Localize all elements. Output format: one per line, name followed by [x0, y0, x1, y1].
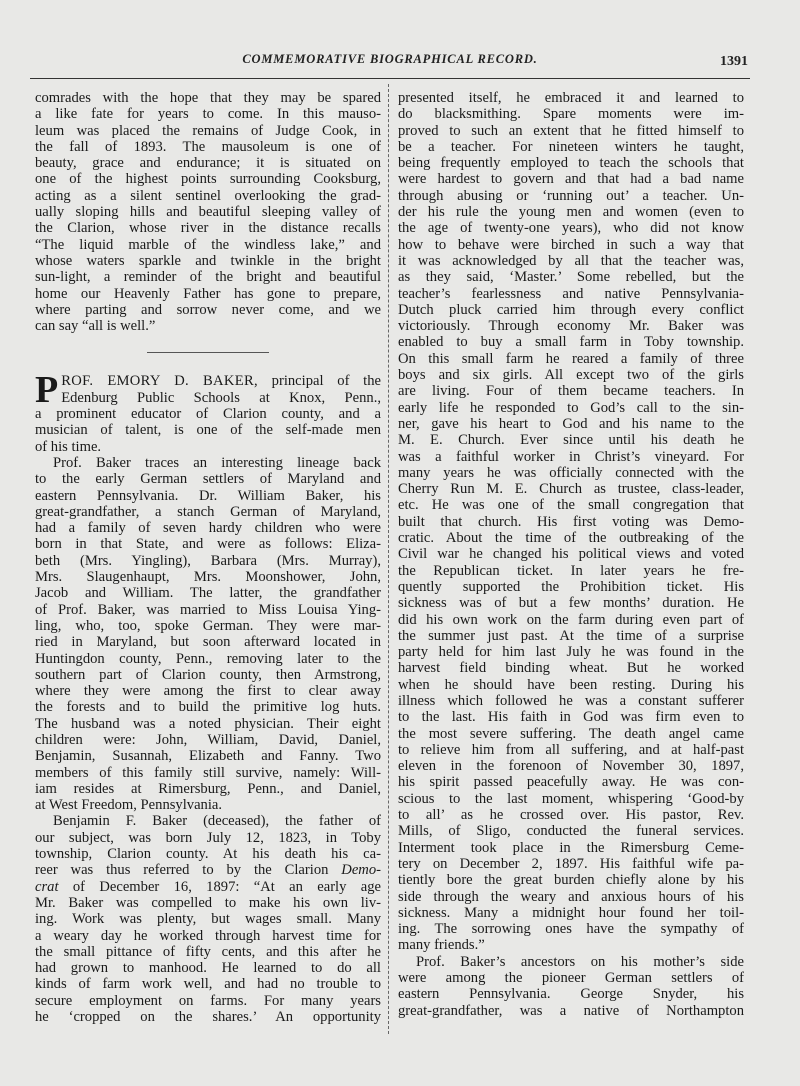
text-line: are living. Four of them became teachers… [398, 383, 744, 399]
text-line: sickness was of but a few months’ durati… [398, 595, 744, 611]
text-line: Benjamin F. Baker (deceased), the father… [35, 813, 381, 829]
text-line: a like fate for years to come. In this m… [35, 106, 381, 122]
text-line: ing. The sorrowing ones have the sympath… [398, 921, 744, 937]
text-line: iam resides at Rimersburg, Penn., and Da… [35, 781, 381, 797]
text-line: many friends.” [398, 937, 744, 953]
text-line: Civil war he changed his political views… [398, 546, 744, 562]
text-line: Jacob and William. The latter, the grand… [35, 585, 381, 601]
text-line: of his time. [35, 439, 381, 455]
text-line: his spirit passed peacefully away. He wa… [398, 774, 744, 790]
text-line: did his own work on the farm during even… [398, 612, 744, 628]
text-line: enabled to buy a small farm in Toby town… [398, 334, 744, 350]
text-line: whose waters sparkle and twinkle in the … [35, 253, 381, 269]
text-line: our subject, was born July 12, 1823, in … [35, 830, 381, 846]
text-line: early life he responded to God’s call to… [398, 400, 744, 416]
text-line: Cherry Run M. E. Church as trustee, clas… [398, 481, 744, 497]
text-line: tiently bore the great burden chiefly al… [398, 872, 744, 888]
text-line: be a teacher. For nineteen winters he ta… [398, 139, 744, 155]
text-line: township, Clarion county. At his death h… [35, 846, 381, 862]
text-line: musician of talent, is one of the self-m… [35, 422, 381, 438]
text-line: crat of December 16, 1897: “At an early … [35, 879, 381, 895]
text-line: the forests and to build the primitive l… [35, 699, 381, 715]
text-line: victoriously. Through economy Mr. Baker … [398, 318, 744, 334]
text-line: the Clarion, whose river in the distance… [35, 220, 381, 236]
text-line: reer was thus referred to by the Clarion… [35, 862, 381, 878]
text-line: where parting and sorrow never come, and… [35, 302, 381, 318]
text-line: ried in Maryland, but soon afterward loc… [35, 634, 381, 650]
text-line: presented itself, he embraced it and lea… [398, 90, 744, 106]
text-line: secure employment on farms. For many yea… [35, 993, 381, 1009]
text-line: Prof. Baker’s ancestors on his mother’s … [398, 954, 744, 970]
text-line: party held for him last July he was foun… [398, 644, 744, 660]
running-head: COMMEMORATIVE BIOGRAPHICAL RECORD. 1391 [30, 50, 750, 74]
text-line: Mrs. Slaugenhaupt, Mrs. Moonshower, John… [35, 569, 381, 585]
running-title: COMMEMORATIVE BIOGRAPHICAL RECORD. [30, 52, 750, 67]
text-line: a prominent educator of Clarion county, … [35, 406, 381, 422]
text-line: of Prof. Baker, was married to Miss Loui… [35, 602, 381, 618]
text-line: to relieve him from all suffering, and a… [398, 742, 744, 758]
text-line: sickness. Many a midnight hour found her… [398, 905, 744, 921]
text-line: many years he was officially connected w… [398, 465, 744, 481]
biography-heading: P ROF. EMORY D. BAKER, principal of the … [35, 373, 381, 454]
text-line: Huntingdon county, Penn., removing later… [35, 651, 381, 667]
text-line: sun-light, a reminder of the bright and … [35, 269, 381, 285]
text-line: illness which followed he was a constant… [398, 693, 744, 709]
text-line: the most severe suffering. The death ang… [398, 726, 744, 742]
paragraph-lineage: Prof. Baker traces an interesting lineag… [35, 455, 381, 814]
text-line: children were: John, William, David, Dan… [35, 732, 381, 748]
text-line: proved to such an extent that he fitted … [398, 123, 744, 139]
text-line: eastern Pennsylvania. George Snyder, his [398, 986, 744, 1002]
text-line: to the early German settlers of Maryland… [35, 471, 381, 487]
text-line: built that church. His first voting was … [398, 514, 744, 530]
text-line: teacher’s fearlessness and native Pennsy… [398, 286, 744, 302]
text-line: ing. Work was plenty, but wages small. M… [35, 911, 381, 927]
text-line: a weary day he worked through harvest ti… [35, 928, 381, 944]
text-line: der his rule the young men and women (ev… [398, 204, 744, 220]
text-line: eleven in the forenoon of November 30, 1… [398, 758, 744, 774]
text-line: “The liquid marble of the windless lake,… [35, 237, 381, 253]
text-line: Mr. Baker was compelled to make his own … [35, 895, 381, 911]
text-line: eastern Pennsylvania. Dr. William Baker,… [35, 488, 381, 504]
text-line: were among the pioneer German settlers o… [398, 970, 744, 986]
text-fragment: reer was thus referred to by the Clarion [35, 862, 341, 878]
text-line: can say “all is well.” [35, 318, 381, 334]
text-line: being frequently employed to teach the s… [398, 155, 744, 171]
subject-name: ROF. EMORY D. BAKER, [61, 373, 258, 389]
text-line: home our Heavenly Father has gone to pre… [35, 286, 381, 302]
text-line: he ‘cropped on the shares.’ An opportuni… [35, 1009, 381, 1025]
text-line: Mills, of Sligo, conducted the funeral s… [398, 823, 744, 839]
text-line: to the last. His faith in God was firm e… [398, 709, 744, 725]
text-line: M. E. Church. Ever since until his death… [398, 432, 744, 448]
page-number: 1391 [720, 54, 748, 70]
text-line: the age of twenty-one years), who did no… [398, 220, 744, 236]
text-line: at West Freedom, Pennsylvania. [35, 797, 381, 813]
text-line: through abusing or ‘running out’ a teach… [398, 188, 744, 204]
newspaper-title: Demo- [341, 862, 381, 878]
text-fragment: principal of the [258, 373, 381, 389]
text-line: when he should have been resting. During… [398, 677, 744, 693]
text-line: Edenburg Public Schools at Knox, Penn., [35, 390, 381, 406]
paragraph-maternal-ancestors: Prof. Baker’s ancestors on his mother’s … [398, 954, 744, 1019]
text-line: scious to the last moment, whispering ‘G… [398, 791, 744, 807]
text-line: acting as a silent sentinel overlooking … [35, 188, 381, 204]
section-divider-rule [147, 352, 269, 353]
text-line: was a faithful worker in Christ’s vineya… [398, 449, 744, 465]
text-line: southern part of Clarion county, then Ar… [35, 667, 381, 683]
text-line: Dutch pluck carried him through every co… [398, 302, 744, 318]
text-line: harvest field binding wheat. But he work… [398, 660, 744, 676]
text-line: kinds of farm work well, and had no trou… [35, 976, 381, 992]
text-line: it was acknowledged by all that the teac… [398, 253, 744, 269]
column-divider [388, 84, 389, 1034]
paragraph-father: Benjamin F. Baker (deceased), the father… [35, 813, 381, 1025]
text-line: were hardest to govern and that had a ba… [398, 171, 744, 187]
text-line: ner, gave his heart to God and his name … [398, 416, 744, 432]
text-line: Prof. Baker traces an interesting lineag… [35, 455, 381, 471]
text-line: etc. He was one of the small congregatio… [398, 497, 744, 513]
text-line: the summer just past. At the time of a s… [398, 628, 744, 644]
text-line: do blacksmithing. Spare moments were im- [398, 106, 744, 122]
text-line: had grown to manhood. He learned to do a… [35, 960, 381, 976]
header-rule [30, 78, 750, 80]
right-column: presented itself, he embraced it and lea… [398, 90, 744, 1019]
text-line: the small pittance of fifty cents, and t… [35, 944, 381, 960]
text-line: The husband was a noted physician. Their… [35, 716, 381, 732]
text-line: as they said, ‘Master.’ Some rebelled, b… [398, 269, 744, 285]
text-line: the Republican ticket. In later years he… [398, 563, 744, 579]
text-line: how to behave were birched in such a way… [398, 237, 744, 253]
text-line: comrades with the hope that they may be … [35, 90, 381, 106]
paragraph-mausoleum: comrades with the hope that they may be … [35, 90, 381, 334]
text-line: one of the highest points surrounding Co… [35, 171, 381, 187]
book-page: COMMEMORATIVE BIOGRAPHICAL RECORD. 1391 … [0, 0, 800, 1086]
text-line: ling, who, too, spoke German. They were … [35, 618, 381, 634]
text-line: the fall of 1893. The mausoleum is one o… [35, 139, 381, 155]
text-line: tery on December 2, 1897. His faithful w… [398, 856, 744, 872]
text-line: great-grandfather, was a native of North… [398, 1003, 744, 1019]
text-line: born in that State, and were as follows:… [35, 536, 381, 552]
text-line: quently supported the Prohibition ticket… [398, 579, 744, 595]
text-line: On this small farm he reared a family of… [398, 351, 744, 367]
paragraph-obituary-continued: presented itself, he embraced it and lea… [398, 90, 744, 954]
text-line: ROF. EMORY D. BAKER, principal of the [35, 373, 381, 389]
text-line: where they were among the first to clear… [35, 683, 381, 699]
text-line: to all’ as he crossed over. His pastor, … [398, 807, 744, 823]
text-line: beauty, grace and endurance; it is situa… [35, 155, 381, 171]
text-line: boys and six girls. All except two of th… [398, 367, 744, 383]
text-line: members of this family still survive, na… [35, 765, 381, 781]
text-fragment: of December 16, 1897: “At an early age [59, 879, 381, 895]
text-line: side through the weary and anxious hours… [398, 889, 744, 905]
text-line: Benjamin, Susannah, Elizabeth and Fanny.… [35, 748, 381, 764]
text-line: beth (Mrs. Yingling), Barbara (Mrs. Murr… [35, 553, 381, 569]
text-line: ually sloping hills and beautiful sleepi… [35, 204, 381, 220]
newspaper-title: crat [35, 879, 59, 895]
text-line: leum was placed the remains of Judge Coo… [35, 123, 381, 139]
drop-cap: P [35, 375, 58, 405]
left-column: comrades with the hope that they may be … [35, 90, 381, 1025]
text-line: great-grandfather, a stanch German of Ma… [35, 504, 381, 520]
text-line: Interment took place in the Rimersburg C… [398, 840, 744, 856]
text-line: cratic. About the time of the outbreakin… [398, 530, 744, 546]
text-line: had a family of seven hardy children who… [35, 520, 381, 536]
